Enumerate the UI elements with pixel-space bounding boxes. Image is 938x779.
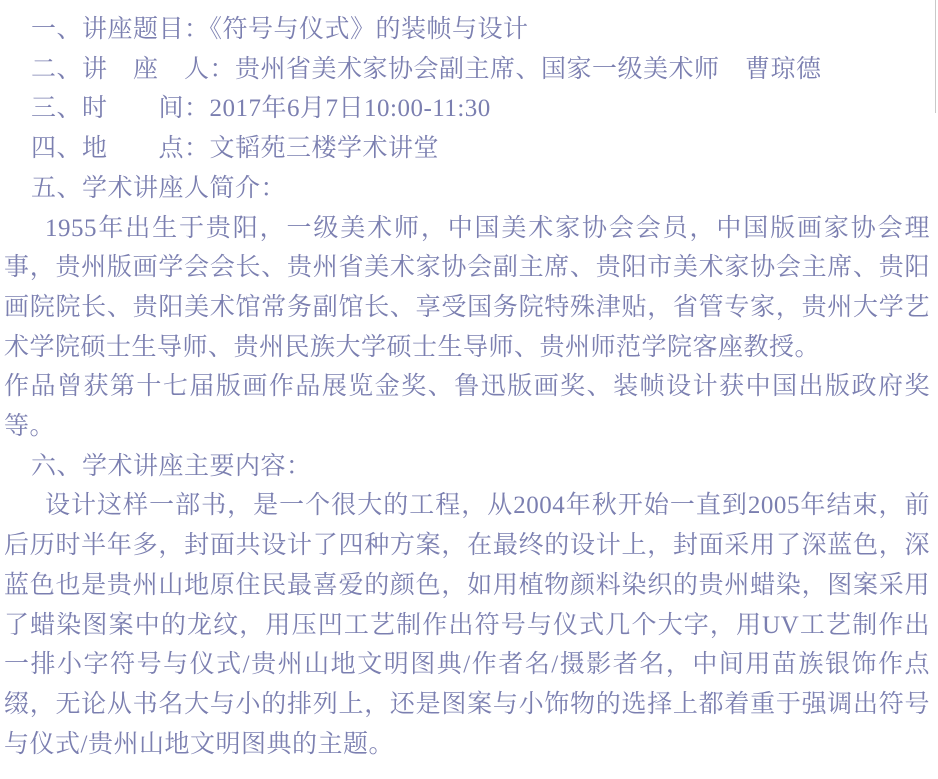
lecture-content-heading: 六、学术讲座主要内容： — [31, 447, 930, 487]
lecture-title-line: 一、讲座题目：《符号与仪式》的装帧与设计 — [31, 10, 930, 50]
lecture-venue-line: 四、地 点：文韬苑三楼学术讲堂 — [31, 129, 930, 169]
speaker-bio-paragraph: 1955年出生于贵阳，一级美术师，中国美术家协会会员，中国版画家协会理事，贵州版… — [4, 209, 930, 368]
speaker-bio-heading: 五、学术讲座人简介： — [31, 169, 930, 209]
lecture-content-paragraph: 设计这样一部书，是一个很大的工程，从2004年秋开始一直到2005年结束，前后历… — [4, 486, 930, 764]
lecture-speaker-line: 二、讲 座 人：贵州省美术家协会副主席、国家一级美术师 曹琼德 — [31, 50, 930, 90]
lecture-time-line: 三、时 间：2017年6月7日10:00-11:30 — [31, 89, 930, 129]
page-edge-divider — [935, 0, 936, 113]
speaker-awards-paragraph: 作品曾获第十七届版画作品展览金奖、鲁迅版画奖、装帧设计获中国出版政府奖等。 — [4, 367, 930, 446]
lecture-notice-document: 一、讲座题目：《符号与仪式》的装帧与设计 二、讲 座 人：贵州省美术家协会副主席… — [4, 10, 930, 764]
